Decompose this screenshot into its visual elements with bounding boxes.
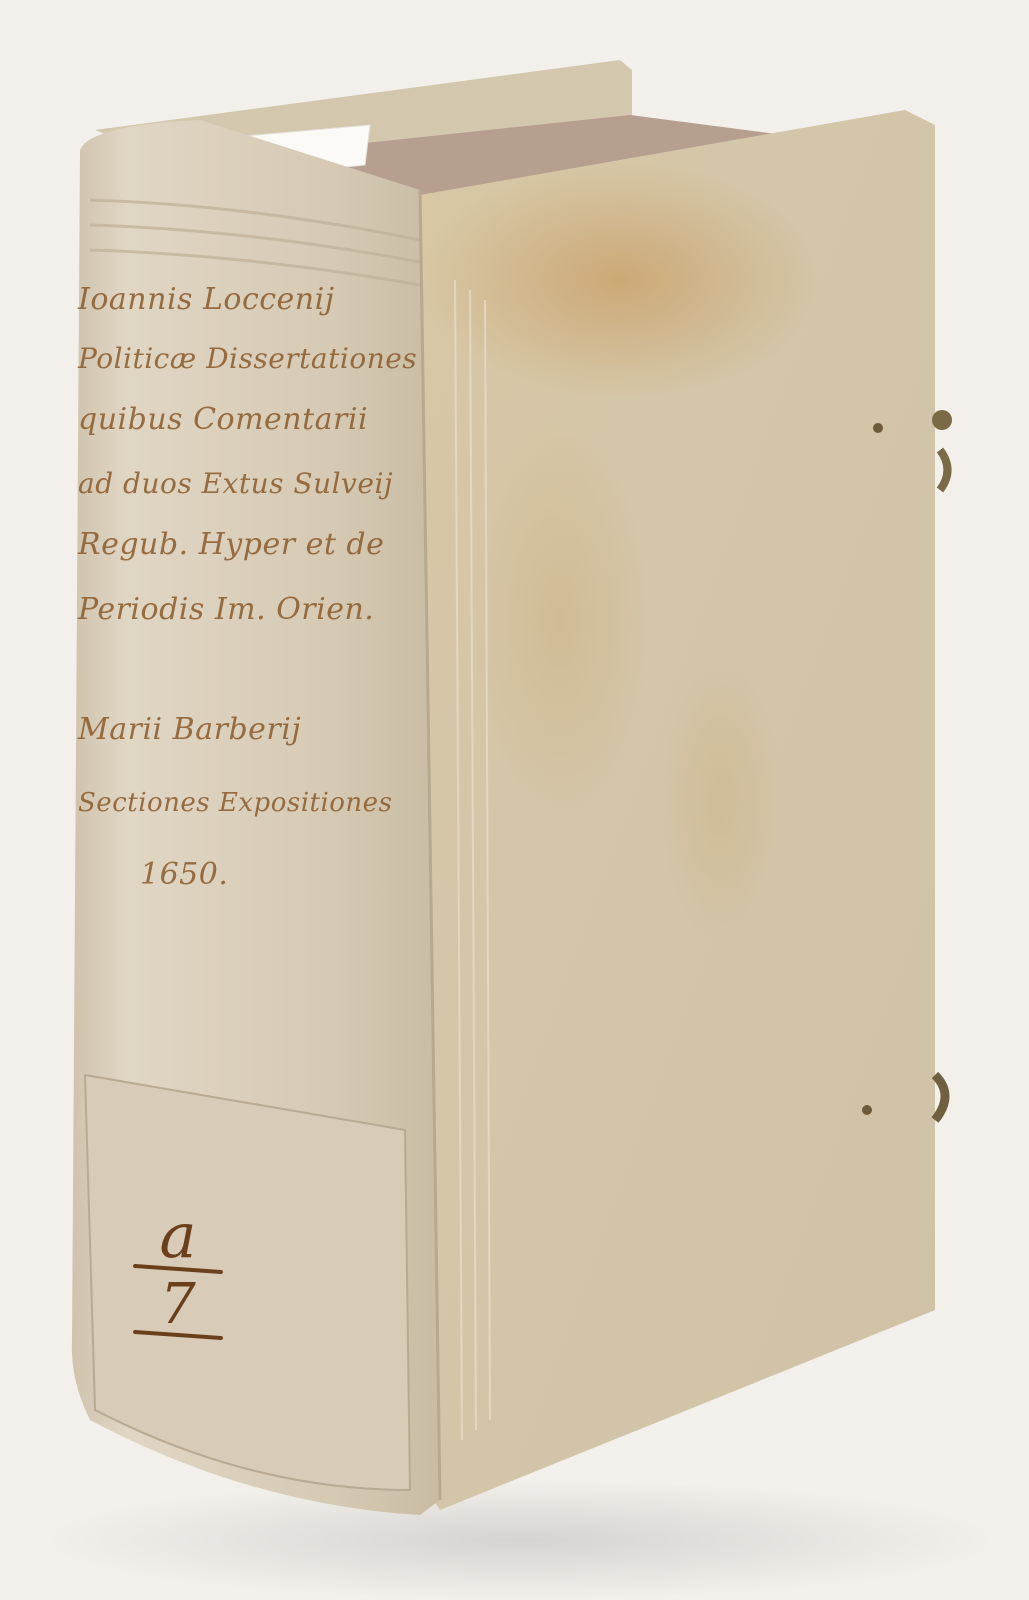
shelfmark-bottom: 7	[128, 1277, 228, 1333]
spine-title-line: Politicæ Dissertationes	[78, 345, 418, 373]
book-photo: Ioannis Loccenij Politicæ Dissertationes…	[0, 0, 1029, 1600]
spine-title-line: 1650.	[140, 860, 480, 890]
spine-title-line: Marii Barberij	[78, 715, 418, 745]
spine-title-line: quibus Comentarii	[78, 405, 418, 435]
floor-shadow	[40, 1480, 1000, 1600]
shelfmark-top: a	[128, 1205, 228, 1267]
lower-clasp	[935, 1075, 945, 1120]
cover-stain	[420, 160, 820, 400]
shelfmark: a 7	[128, 1205, 228, 1337]
spine-title-line: ad duos Extus Sulveij	[78, 470, 418, 498]
spine-title-line: Sectiones Expositiones	[78, 790, 418, 816]
spine-title-line: Regub. Hyper et de	[78, 530, 418, 560]
upper-clasp	[932, 410, 952, 430]
spine-title-line: Ioannis Loccenij	[78, 285, 418, 315]
spine-title-line: Periodis Im. Orien.	[78, 595, 418, 625]
